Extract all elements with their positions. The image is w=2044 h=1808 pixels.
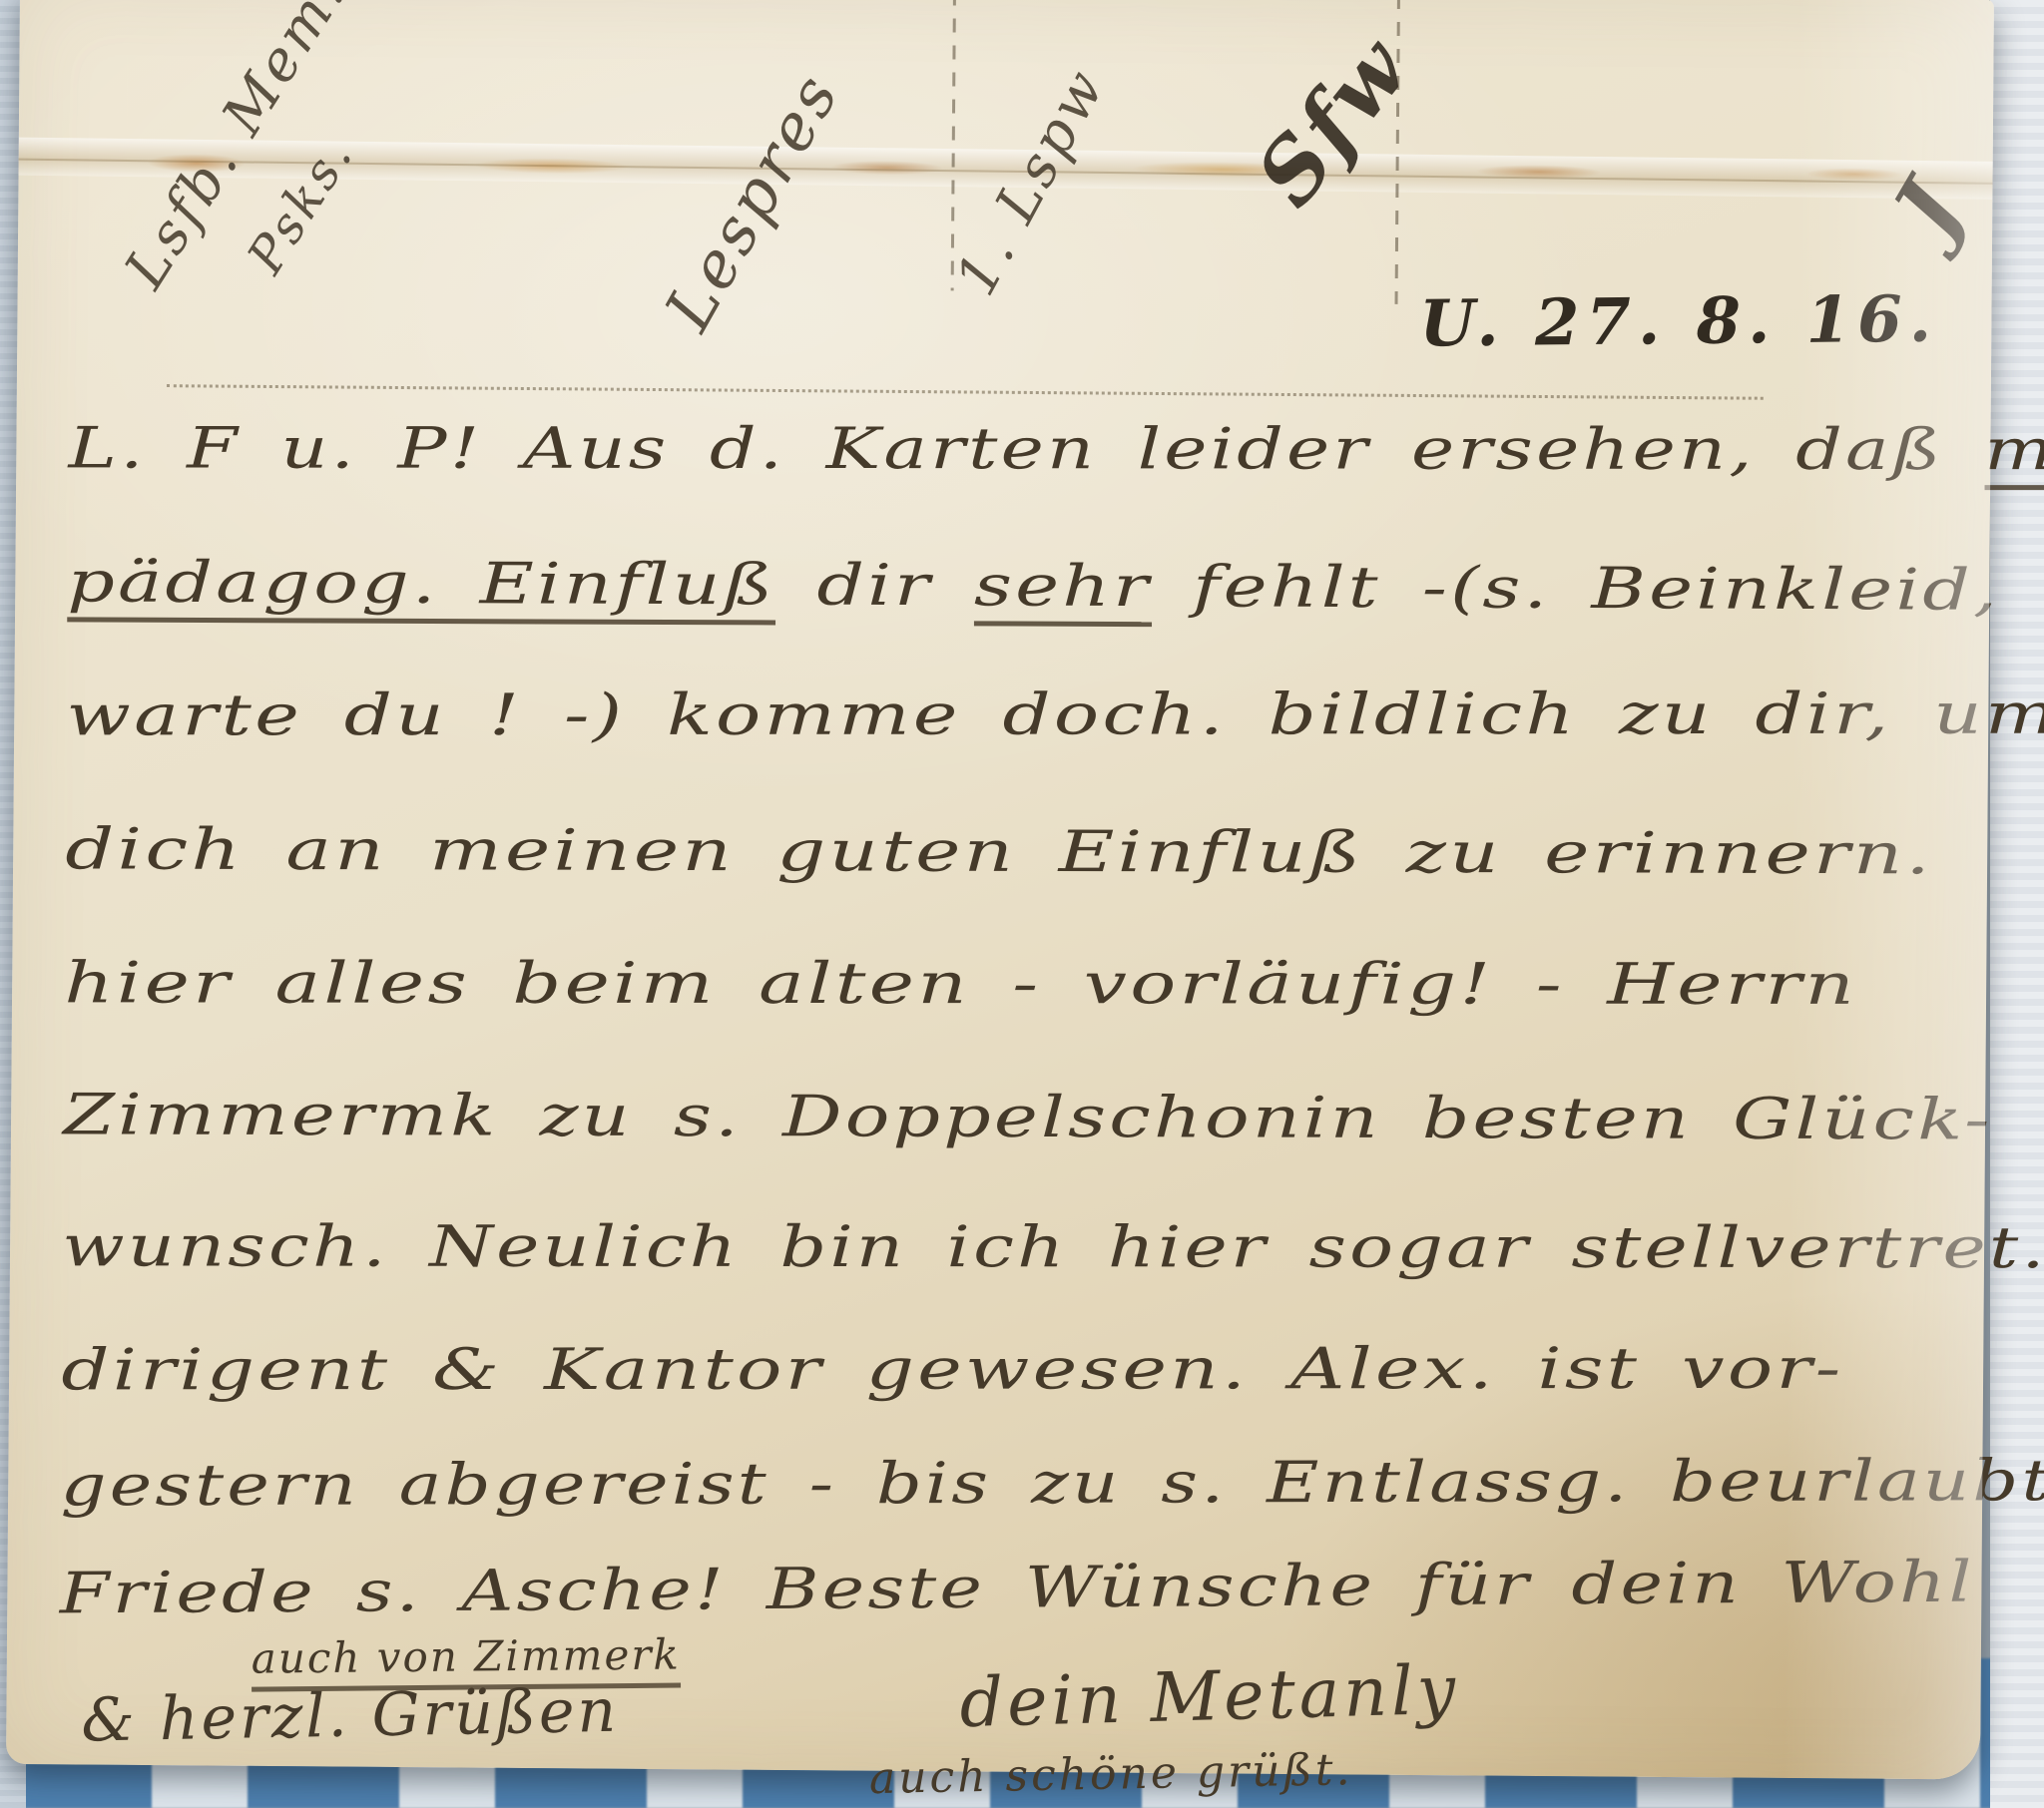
handwriting-line: pädagog. Einfluß dir sehr fehlt -(s. Bei… xyxy=(67,549,2000,623)
diagonal-scribble: Lespres xyxy=(652,60,855,342)
handwriting-line: hier alles beim alten - vorläufig! - Her… xyxy=(64,950,1857,1018)
closing-greeting: & herzl. Grüßen xyxy=(81,1676,620,1756)
fabric-edge-right xyxy=(1990,0,2044,1808)
signature: dein Metanly xyxy=(959,1651,1461,1744)
perforation-line xyxy=(951,0,956,290)
printed-divider-line xyxy=(167,384,1764,400)
handwriting-line: wunsch. Neulich bin ich hier sogar stell… xyxy=(62,1213,2044,1281)
photo-of-handwritten-postcard: Lsfb. Mem. Psks. Lespres 1. Lspw Sfw J U… xyxy=(0,0,2044,1808)
handwriting-line: Zimmermk zu s. Doppelschonin besten Glüc… xyxy=(63,1082,1992,1152)
postscript-note: auch schöne grüßt. xyxy=(869,1744,1353,1804)
handwriting-line: warte du ! -) komme doch. bildlich zu di… xyxy=(67,681,2044,749)
handwriting-line: gestern abgereist - bis zu s. Entlassg. … xyxy=(60,1448,2044,1519)
postcard: Lsfb. Mem. Psks. Lespres 1. Lspw Sfw J U… xyxy=(6,0,1994,1779)
handwriting-line: dich an meinen guten Einfluß zu erinnern… xyxy=(65,816,1933,887)
date-line: U. 27. 8. 16. xyxy=(1419,282,1938,362)
handwriting-line: dirigent & Kantor gewesen. Alex. ist vor… xyxy=(61,1336,1843,1404)
diagonal-scribble: Sfw xyxy=(1237,17,1430,225)
handwriting-line: L. F u. P! Aus d. Karten leider ersehen,… xyxy=(69,415,2044,483)
handwriting-line: Friede s. Asche! Beste Wünsche für dein … xyxy=(60,1550,1975,1627)
perforation-line xyxy=(1395,0,1400,304)
